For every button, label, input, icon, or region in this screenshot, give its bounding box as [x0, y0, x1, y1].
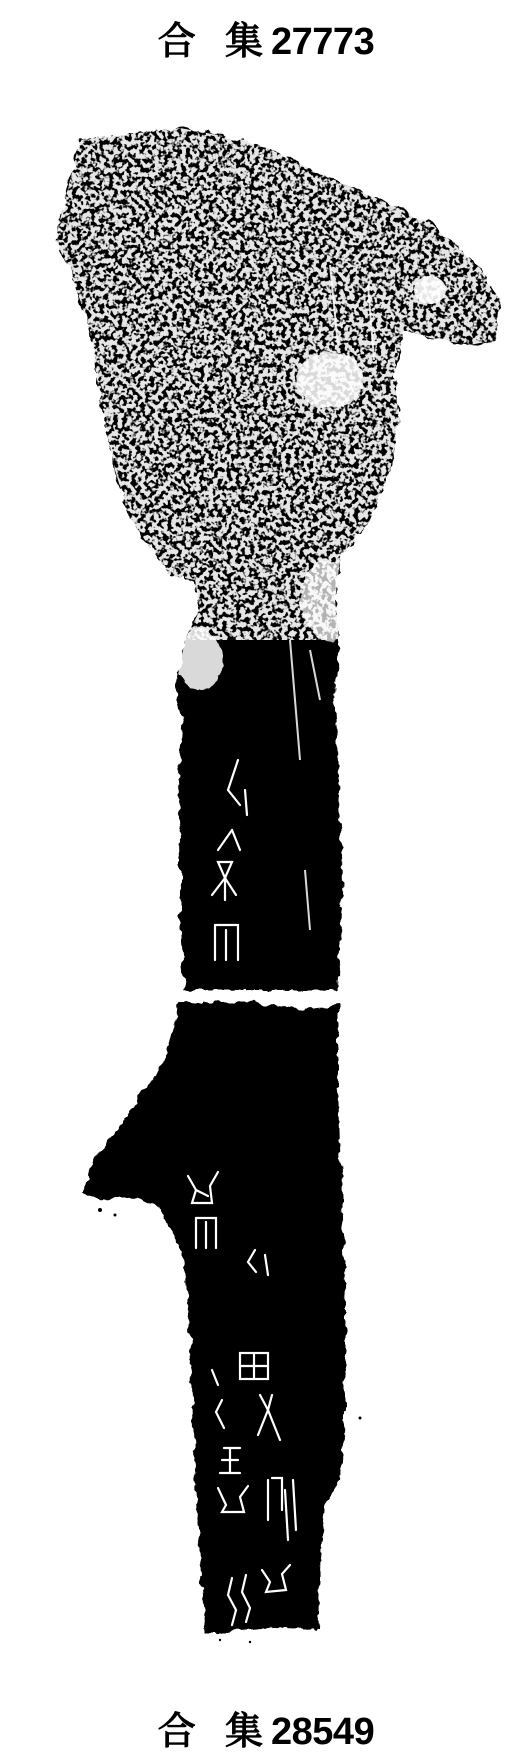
caption-heji-28549: 合 集28549: [0, 1700, 532, 1755]
oracle-bone-rubbing-image: [0, 0, 532, 1758]
caption-prefix: 合 集: [158, 1709, 271, 1753]
caption-number: 28549: [271, 1711, 374, 1753]
rubbing-fragment-28549: [82, 1002, 345, 1632]
fracture-line: [178, 992, 338, 1002]
